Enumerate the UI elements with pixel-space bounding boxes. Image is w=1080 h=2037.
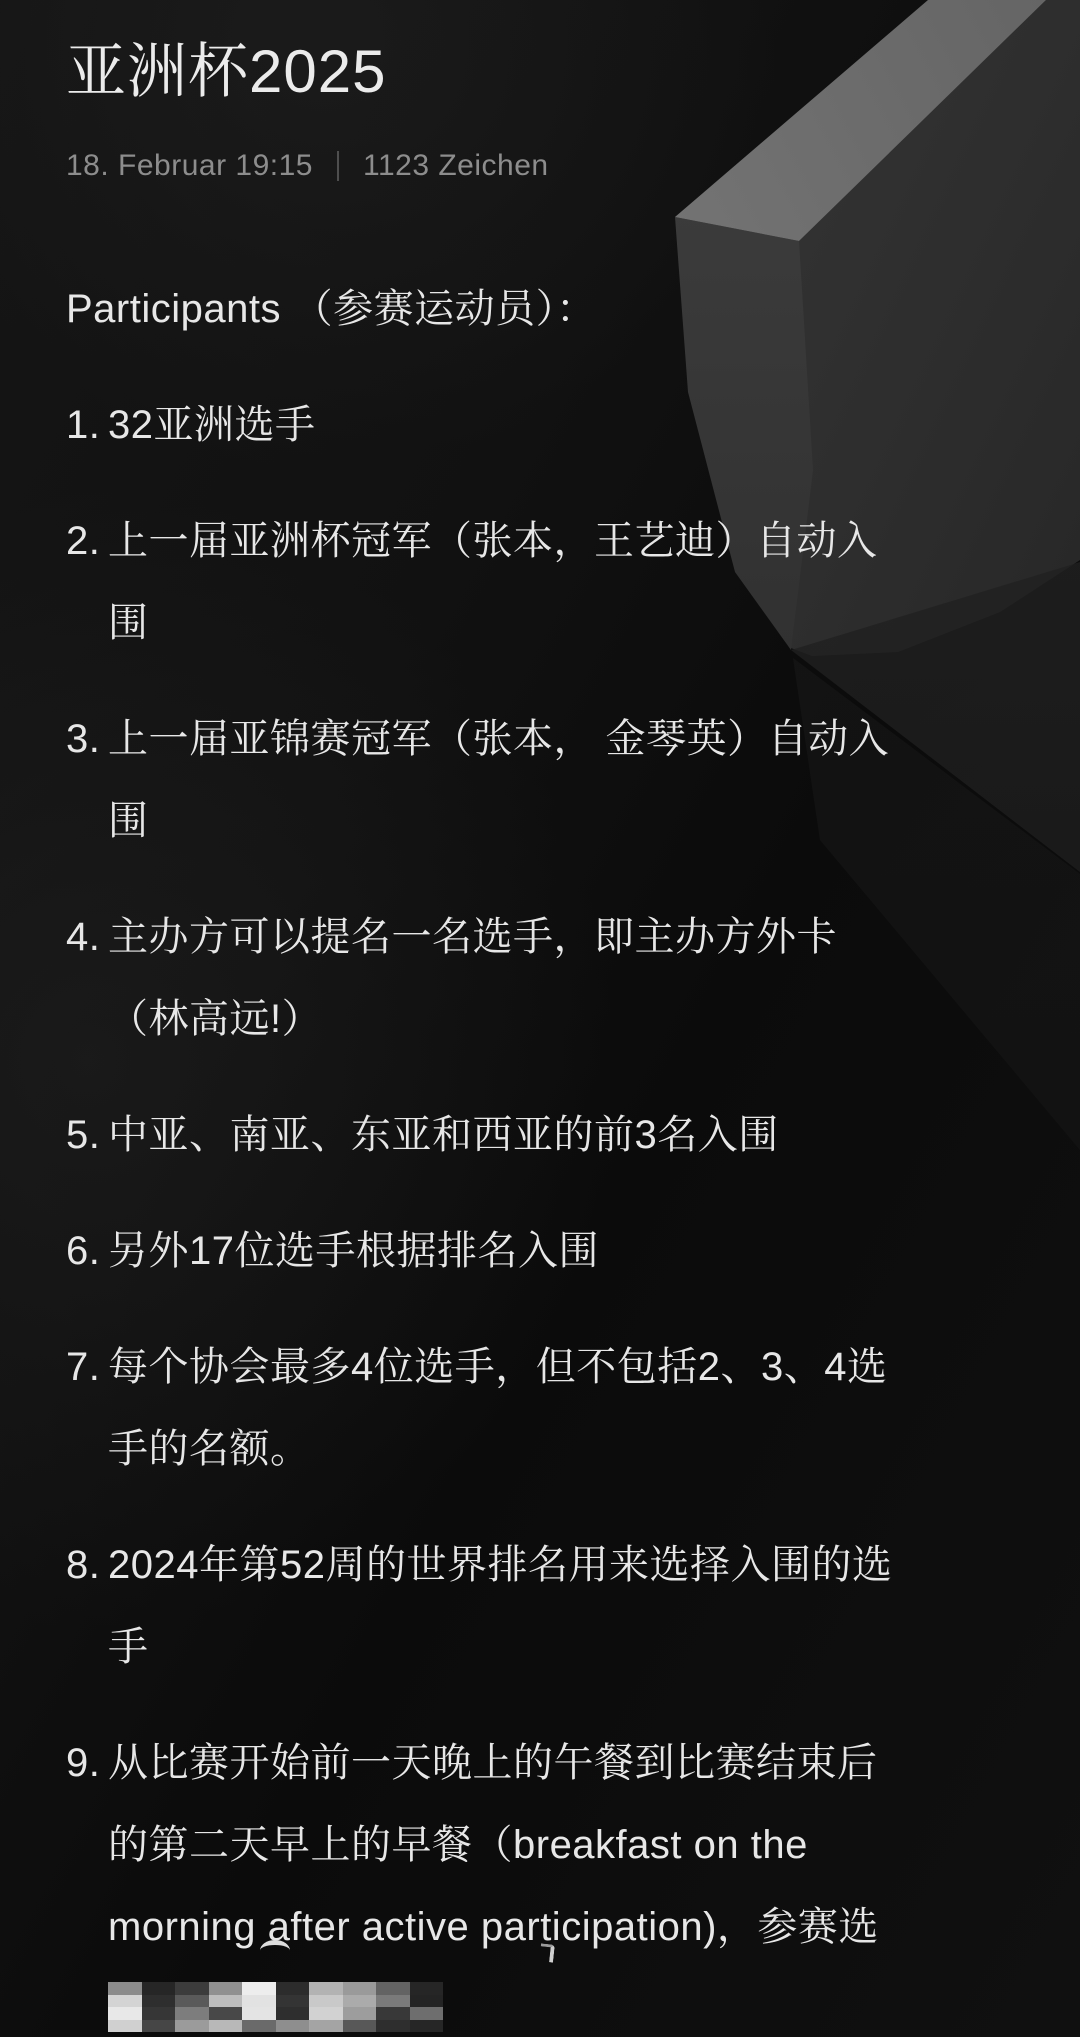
list-item-line-first[interactable]: 9.从比赛开始前一天晚上的午餐到比赛结束后 xyxy=(66,1722,1060,1804)
mosaic-cell xyxy=(242,2007,276,2020)
note-content: 亚洲杯2025 18. Februar 19:15 1123 Zeichen P… xyxy=(0,0,1080,2037)
note-date: 18. Februar 19:15 xyxy=(66,149,313,183)
mosaic-cell xyxy=(376,1982,410,1995)
note-body[interactable]: Participants （参赛运动员）： 1.32亚洲选手2.上一届亚洲杯冠军… xyxy=(66,268,1060,2032)
mosaic-cell xyxy=(309,1982,343,1995)
list-item-line-first[interactable]: 8.2024年第52周的世界排名用来选择入围的选 xyxy=(66,1524,1060,1606)
list-item-number: 4. xyxy=(66,896,108,978)
notes-app-screen: 亚洲杯2025 18. Februar 19:15 1123 Zeichen P… xyxy=(0,0,1080,2037)
mosaic-cell xyxy=(209,1982,243,1995)
mosaic-cell xyxy=(242,2020,276,2033)
mosaic-cell xyxy=(343,2007,377,2020)
list-item[interactable]: 5.中亚、南亚、东亚和西亚的前3名入围 xyxy=(66,1094,1060,1176)
mosaic-cell xyxy=(276,2007,310,2020)
mosaic-cell xyxy=(376,2007,410,2020)
mosaic-cell xyxy=(276,2020,310,2033)
mosaic-cell xyxy=(108,1982,142,1995)
list-item-line-first[interactable]: 3.上一届亚锦赛冠军（张本， 金琴英）自动入 xyxy=(66,698,1060,780)
list-item-line-first[interactable]: 4.主办方可以提名一名选手，即主办方外卡 xyxy=(66,896,1060,978)
meta-divider xyxy=(337,151,339,181)
list-item-line-wrapped[interactable]: 手的名额。 xyxy=(66,1408,1060,1490)
list-item-number: 3. xyxy=(66,698,108,780)
note-char-count: 1123 Zeichen xyxy=(363,149,549,183)
note-meta-row: 18. Februar 19:15 1123 Zeichen xyxy=(66,146,549,186)
note-intro-line[interactable]: Participants （参赛运动员）： xyxy=(66,268,1060,350)
list-item[interactable]: 4.主办方可以提名一名选手，即主办方外卡（林高远!） xyxy=(66,896,1060,1060)
mosaic-cell xyxy=(142,1995,176,2008)
mosaic-cell xyxy=(209,2007,243,2020)
mosaic-cell xyxy=(343,2020,377,2033)
mosaic-cell xyxy=(175,2007,209,2020)
censored-text-stroke-fragment xyxy=(260,1940,290,1961)
list-item[interactable]: 2.上一届亚洲杯冠军（张本，王艺迪）自动入围 xyxy=(66,500,1060,664)
list-item-line-wrapped[interactable]: 围 xyxy=(66,780,1060,862)
mosaic-cell xyxy=(175,1995,209,2008)
list-item-line-wrapped[interactable]: 的第二天早上的早餐（breakfast on the xyxy=(66,1804,1060,1886)
list-item[interactable]: 9.从比赛开始前一天晚上的午餐到比赛结束后的第二天早上的早餐（breakfast… xyxy=(66,1722,1060,1968)
mosaic-cell xyxy=(108,2007,142,2020)
list-item-line-first[interactable]: 1.32亚洲选手 xyxy=(66,384,1060,466)
list-item-number: 8. xyxy=(66,1524,108,1606)
list-item-number: 1. xyxy=(66,384,108,466)
list-item-line-wrapped[interactable]: 围 xyxy=(66,582,1060,664)
mosaic-cell xyxy=(142,2007,176,2020)
mosaic-cell xyxy=(242,1995,276,2008)
note-title[interactable]: 亚洲杯2025 xyxy=(66,24,386,110)
mosaic-cell xyxy=(309,2020,343,2033)
list-item-number: 5. xyxy=(66,1094,108,1176)
mosaic-cell xyxy=(343,1995,377,2008)
list-item[interactable]: 1.32亚洲选手 xyxy=(66,384,1060,466)
list-item-line-wrapped[interactable]: 手 xyxy=(66,1606,1060,1688)
mosaic-cell xyxy=(108,1995,142,2008)
list-item-line-wrapped[interactable]: morning after active participation)，参赛选 xyxy=(66,1886,1060,1968)
list-item-line-first[interactable]: 5.中亚、南亚、东亚和西亚的前3名入围 xyxy=(66,1094,1060,1176)
censored-text-stroke-fragment xyxy=(539,1943,555,1962)
mosaic-cell xyxy=(410,1995,444,2008)
note-numbered-list: 1.32亚洲选手2.上一届亚洲杯冠军（张本，王艺迪）自动入围3.上一届亚锦赛冠军… xyxy=(66,384,1060,1968)
mosaic-cell xyxy=(309,1995,343,2008)
mosaic-cell xyxy=(410,2007,444,2020)
list-item-line-wrapped[interactable]: （林高远!） xyxy=(66,978,1060,1060)
mosaic-cell xyxy=(142,2020,176,2033)
list-item-line-first[interactable]: 7.每个协会最多4位选手，但不包括2、3、4选 xyxy=(66,1326,1060,1408)
mosaic-cell xyxy=(410,2020,444,2033)
mosaic-cell xyxy=(343,1982,377,1995)
list-item[interactable]: 6.另外17位选手根据排名入围 xyxy=(66,1210,1060,1292)
censored-pixelated-text xyxy=(108,1982,443,2032)
mosaic-cell xyxy=(376,1995,410,2008)
list-item-line-first[interactable]: 6.另外17位选手根据排名入围 xyxy=(66,1210,1060,1292)
list-item[interactable]: 3.上一届亚锦赛冠军（张本， 金琴英）自动入围 xyxy=(66,698,1060,862)
mosaic-cell xyxy=(209,1995,243,2008)
list-item-number: 6. xyxy=(66,1210,108,1292)
list-item[interactable]: 7.每个协会最多4位选手，但不包括2、3、4选手的名额。 xyxy=(66,1326,1060,1490)
list-item-number: 9. xyxy=(66,1722,108,1804)
mosaic-cell xyxy=(276,1995,310,2008)
mosaic-cell xyxy=(209,2020,243,2033)
mosaic-cell xyxy=(108,2020,142,2033)
list-item-number: 2. xyxy=(66,500,108,582)
mosaic-cell xyxy=(309,2007,343,2020)
mosaic-cell xyxy=(142,1982,176,1995)
list-item[interactable]: 8.2024年第52周的世界排名用来选择入围的选手 xyxy=(66,1524,1060,1688)
mosaic-cell xyxy=(410,1982,444,1995)
mosaic-cell xyxy=(242,1982,276,1995)
mosaic-cell xyxy=(276,1982,310,1995)
list-item-number: 7. xyxy=(66,1326,108,1408)
mosaic-cell xyxy=(175,1982,209,1995)
mosaic-cell xyxy=(175,2020,209,2033)
mosaic-cell xyxy=(376,2020,410,2033)
list-item-line-first[interactable]: 2.上一届亚洲杯冠军（张本，王艺迪）自动入 xyxy=(66,500,1060,582)
